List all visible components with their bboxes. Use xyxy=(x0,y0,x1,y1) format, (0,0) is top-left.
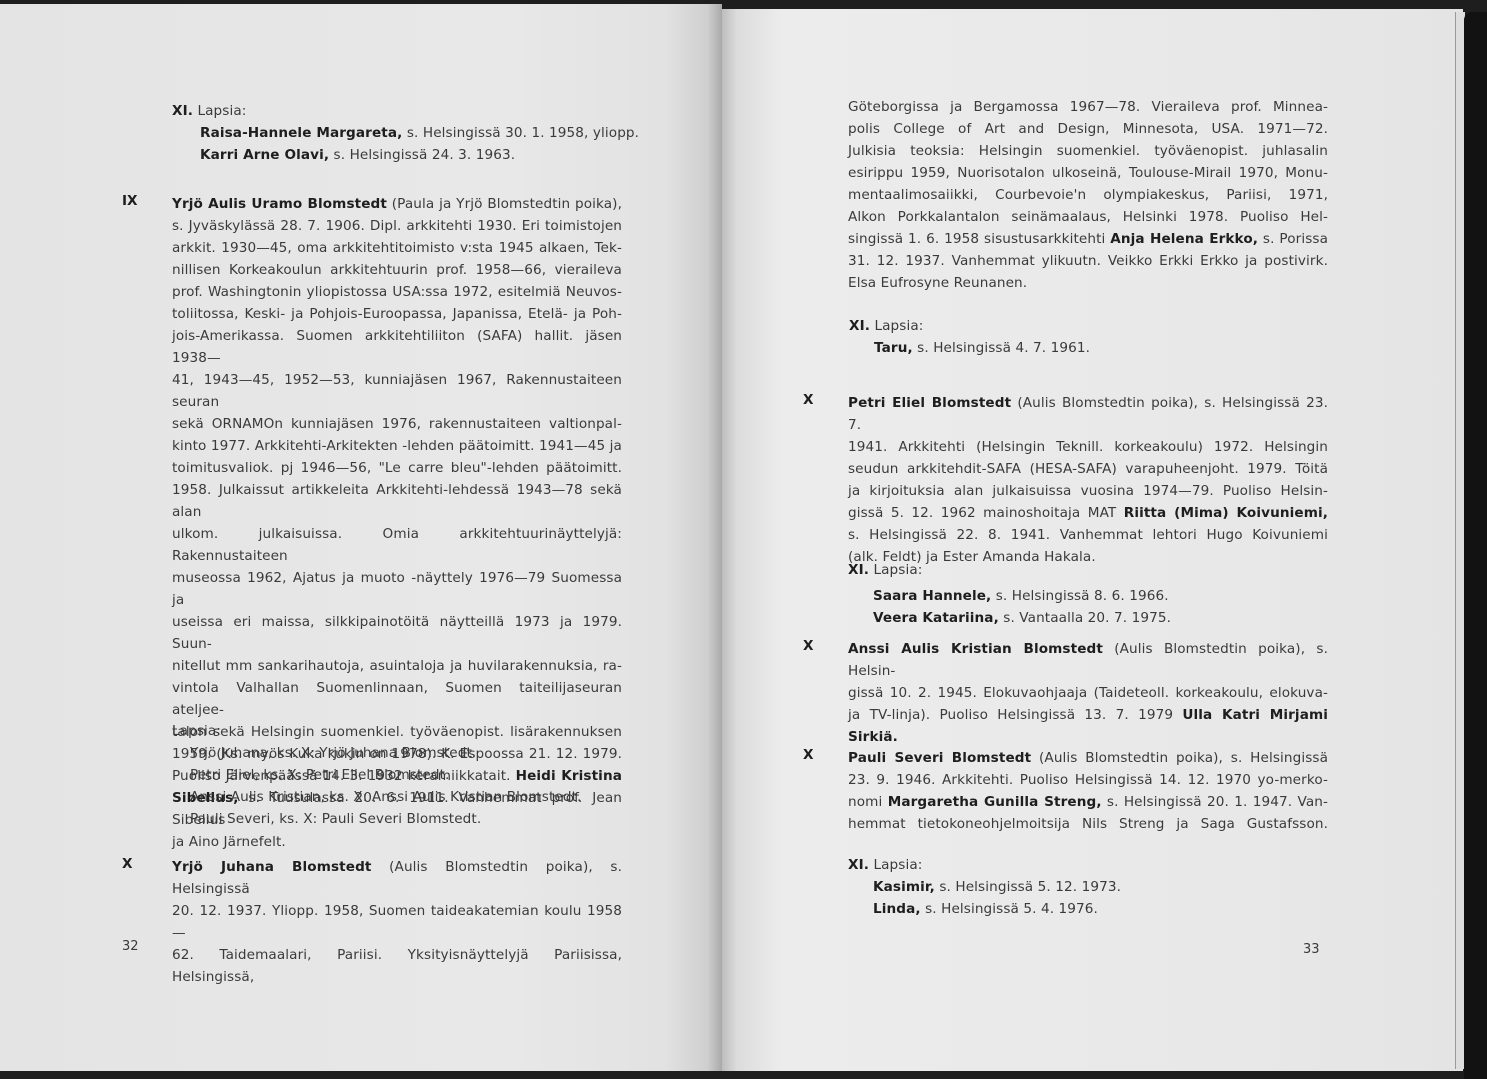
child-details: s. Vantaalla 20. 7. 1975. xyxy=(999,610,1171,626)
children-heading-label: Lapsia: xyxy=(197,103,246,119)
person-name: Petri Eliel Blomstedt xyxy=(848,395,1011,411)
entry-line: arkkit. 1930—45, oma arkkitehtitoimisto … xyxy=(172,237,622,259)
child-details: s. Helsingissä 5. 12. 1973. xyxy=(935,879,1121,895)
entry-continuation: Göteborgissa ja Bergamossa 1967—78. Vier… xyxy=(848,96,1328,294)
children-heading-label: Lapsia: xyxy=(172,720,622,742)
child-name: Linda, xyxy=(873,901,921,917)
entry-text: gissä 5. 12. 1962 mainoshoitaja MAT xyxy=(848,505,1124,521)
children-heading-label: Lapsia: xyxy=(873,562,922,578)
child-entry: Linda, s. Helsingissä 5. 4. 1976. xyxy=(848,898,1298,920)
spouse-name: Riitta (Mima) Koivuniemi, xyxy=(1124,505,1328,521)
generation-label: XI. xyxy=(172,103,193,119)
child-entry: Veera Katariina, s. Vantaalla 20. 7. 197… xyxy=(848,607,1298,629)
children-heading: XI. Lapsia: xyxy=(172,100,622,122)
entry-line: hemmat tietokoneohjelmoitsija Nils Stren… xyxy=(848,813,1328,835)
entry-line: 20. 12. 1937. Yliopp. 1958, Suomen taide… xyxy=(172,900,622,944)
entry-first-line: Yrjö Aulis Uramo Blomstedt (Paula ja Yrj… xyxy=(172,193,622,215)
children-list-ix: Lapsia: Yrjö Juhana, ks. X: Yrjö Juhana … xyxy=(172,720,622,830)
child-name: Raisa-Hannele Margareta, xyxy=(200,125,402,141)
child-entry: Taru, s. Helsingissä 4. 7. 1961. xyxy=(849,337,1299,359)
child-name: Taru, xyxy=(874,340,913,356)
spouse-name: Sirkiä. xyxy=(848,729,898,745)
entry-anssi-aulis-kristian-blomstedt: Anssi Aulis Kristian Blomstedt (Aulis Bl… xyxy=(848,638,1328,748)
entry-line: seudun arkkitehdit-SAFA (HESA-SAFA) vara… xyxy=(848,458,1328,480)
entry-line: Alkon Porkkalantalon seinämaalaus, Helsi… xyxy=(848,206,1328,228)
children-heading-label: Lapsia: xyxy=(874,318,923,334)
children-list-xi: XI. Lapsia: Kasimir, s. Helsingissä 5. 1… xyxy=(848,854,1298,920)
book-cover-edge xyxy=(1464,12,1487,1079)
entry-line: vintola Valhallan Suomenlinnaan, Suomen … xyxy=(172,677,622,721)
entry-text: singissä 1. 6. 1958 sisustusarkkitehti xyxy=(848,231,1110,247)
entry-line: Elsa Eufrosyne Reunanen. xyxy=(848,272,1328,294)
entry-line: museossa 1962, Ajatus ja muoto -näyttely… xyxy=(172,567,622,611)
entry-text: (Aulis Blomstedtin poika), s. Helsingiss… xyxy=(1031,750,1328,766)
spouse-name: Ulla Katri Mirjami xyxy=(1182,707,1328,723)
child-name: Saara Hannele, xyxy=(873,588,991,604)
entry-line: esirippu 1959, Nuorisotalon ulkoseinä, T… xyxy=(848,162,1328,184)
child-reference: Pauli Severi, ks. X: Pauli Severi Blomst… xyxy=(172,808,622,830)
entry-first-line: Petri Eliel Blomstedt (Aulis Blomstedtin… xyxy=(848,392,1328,436)
entry-line: polis College of Art and Design, Minneso… xyxy=(848,118,1328,140)
entry-line: ulkom. julkaisuissa. Omia arkkitehtuurin… xyxy=(172,523,622,567)
entry-petri-eliel-blomstedt: Petri Eliel Blomstedt (Aulis Blomstedtin… xyxy=(848,392,1328,568)
children-list-xi: XI. Lapsia: Raisa-Hannele Margareta, s. … xyxy=(172,100,622,166)
entry-line: jois-Amerikassa. Suomen arkkitehtiliiton… xyxy=(172,325,622,369)
child-details: s. Helsingissä 30. 1. 1958, yliopp. xyxy=(402,125,639,141)
entry-spouse-line: gissä 5. 12. 1962 mainoshoitaja MAT Riit… xyxy=(848,502,1328,524)
generation-label: XI. xyxy=(848,857,869,873)
children-heading: XI. Lapsia: xyxy=(848,559,1298,581)
generation-label: XI. xyxy=(848,562,869,578)
generation-marker: X xyxy=(803,638,813,654)
children-heading: XI. Lapsia: xyxy=(848,854,1298,876)
entry-text: nomi xyxy=(848,794,888,810)
entry-line: 41, 1943—45, 1952—53, kunniajäsen 1967, … xyxy=(172,369,622,413)
generation-label: XI. xyxy=(849,318,870,334)
child-entry: Kasimir, s. Helsingissä 5. 12. 1973. xyxy=(848,876,1298,898)
entry-first-line: Yrjö Juhana Blomstedt (Aulis Blomstedtin… xyxy=(172,856,622,900)
entry-line: gissä 10. 2. 1945. Elokuvaohjaaja (Taide… xyxy=(848,682,1328,704)
right-page: Göteborgissa ja Bergamossa 1967—78. Vier… xyxy=(722,9,1463,1071)
entry-line: prof. Washingtonin yliopistossa USA:ssa … xyxy=(172,281,622,303)
entry-line: 1941. Arkkitehti (Helsingin Teknill. kor… xyxy=(848,436,1328,458)
child-name: Karri Arne Olavi, xyxy=(200,147,329,163)
person-name: Pauli Severi Blomstedt xyxy=(848,750,1031,766)
entry-line: sekä ORNAMOn kunniajäsen 1976, rakennust… xyxy=(172,413,622,435)
generation-marker: X xyxy=(122,856,132,872)
person-name: Anssi Aulis Kristian Blomstedt xyxy=(848,641,1103,657)
entry-line: nitellut mm sankarihautoja, asuintaloja … xyxy=(172,655,622,677)
entry-spouse-line: ja TV-linja). Puoliso Helsingissä 13. 7.… xyxy=(848,704,1328,726)
entry-text: (Paula ja Yrjö Blomstedtin poika), xyxy=(387,196,622,212)
entry-text: s. Helsingissä 20. 1. 1947. Van- xyxy=(1102,794,1328,810)
entry-line: 1958. Julkaissut artikkeleita Arkkitehti… xyxy=(172,479,622,523)
child-details: s. Helsingissä 24. 3. 1963. xyxy=(329,147,515,163)
entry-spouse-line: singissä 1. 6. 1958 sisustusarkkitehti A… xyxy=(848,228,1328,250)
entry-line: s. Jyväskylässä 28. 7. 1906. Dipl. arkki… xyxy=(172,215,622,237)
entry-line: 31. 12. 1937. Vanhemmat ylikuutn. Veikko… xyxy=(848,250,1328,272)
entry-line: Göteborgissa ja Bergamossa 1967—78. Vier… xyxy=(848,96,1328,118)
page-number: 32 xyxy=(122,939,139,954)
child-entry: Raisa-Hannele Margareta, s. Helsingissä … xyxy=(172,122,622,144)
child-reference: Petri Eliel, ks. X: Petri Eliel Blomsted… xyxy=(172,764,622,786)
entry-line: 23. 9. 1946. Arkkitehti. Puoliso Helsing… xyxy=(848,769,1328,791)
entry-text: s. Porissa xyxy=(1258,231,1328,247)
child-details: s. Helsingissä 5. 4. 1976. xyxy=(921,901,1098,917)
spouse-name: Margaretha Gunilla Streng, xyxy=(888,794,1102,810)
entry-first-line: Anssi Aulis Kristian Blomstedt (Aulis Bl… xyxy=(848,638,1328,682)
entry-line: toimitusvaliok. pj 1946—56, "Le carre bl… xyxy=(172,457,622,479)
entry-spouse-line: nomi Margaretha Gunilla Streng, s. Helsi… xyxy=(848,791,1328,813)
generation-marker: IX xyxy=(122,193,138,209)
entry-line: Julkisia teoksia: Helsingin suomenkiel. … xyxy=(848,140,1328,162)
child-reference: Yrjö Juhana, ks. X: Yrjö Juhana Blomsted… xyxy=(172,742,622,764)
spouse-name: Anja Helena Erkko, xyxy=(1110,231,1258,247)
child-name: Kasimir, xyxy=(873,879,935,895)
children-list-xi: XI. Lapsia: Taru, s. Helsingissä 4. 7. 1… xyxy=(849,315,1299,359)
child-reference: Anssi Aulis Kristian, ks. X: Anssi Aulis… xyxy=(172,786,622,808)
children-list-xi: XI. Lapsia: Saara Hannele, s. Helsingiss… xyxy=(848,559,1298,629)
entry-pauli-severi-blomstedt: Pauli Severi Blomstedt (Aulis Blomstedti… xyxy=(848,747,1328,835)
generation-marker: X xyxy=(803,392,813,408)
entry-line: mentaalimosaiikki, Courbevoie'n olympiak… xyxy=(848,184,1328,206)
entry-line: ja Aino Järnefelt. xyxy=(172,831,622,853)
entry-line: kinto 1977. Arkkitehti-Arkitekten -lehde… xyxy=(172,435,622,457)
children-heading: XI. Lapsia: xyxy=(849,315,1299,337)
entry-line: toliitossa, Keski- ja Pohjois-Euroopassa… xyxy=(172,303,622,325)
generation-marker: X xyxy=(803,747,813,763)
entry-line: 62. Taidemaalari, Pariisi. Yksityisnäytt… xyxy=(172,944,622,988)
children-heading-label: Lapsia: xyxy=(873,857,922,873)
child-entry: Karri Arne Olavi, s. Helsingissä 24. 3. … xyxy=(172,144,622,166)
child-details: s. Helsingissä 4. 7. 1961. xyxy=(913,340,1090,356)
child-name: Veera Katariina, xyxy=(873,610,999,626)
entry-line: ja kirjoituksia alan julkaisuissa vuosin… xyxy=(848,480,1328,502)
entry-line: useissa eri maissa, silkkipainotöitä näy… xyxy=(172,611,622,655)
entry-line: nillisen Korkeakoulun arkkitehtuurin pro… xyxy=(172,259,622,281)
child-entry: Saara Hannele, s. Helsingissä 8. 6. 1966… xyxy=(848,585,1298,607)
person-name: Yrjö Juhana Blomstedt xyxy=(172,859,372,875)
entry-line: s. Helsingissä 22. 8. 1941. Vanhemmat le… xyxy=(848,524,1328,546)
child-details: s. Helsingissä 8. 6. 1966. xyxy=(991,588,1168,604)
person-name: Yrjö Aulis Uramo Blomstedt xyxy=(172,196,387,212)
entry-first-line: Pauli Severi Blomstedt (Aulis Blomstedti… xyxy=(848,747,1328,769)
entry-text: ja TV-linja). Puoliso Helsingissä 13. 7.… xyxy=(848,707,1182,723)
left-page: XI. Lapsia: Raisa-Hannele Margareta, s. … xyxy=(0,4,722,1071)
entry-line: Sirkiä. xyxy=(848,726,1328,748)
entry-yrjo-juhana-blomstedt: Yrjö Juhana Blomstedt (Aulis Blomstedtin… xyxy=(172,856,622,988)
page-number: 33 xyxy=(1303,942,1320,957)
